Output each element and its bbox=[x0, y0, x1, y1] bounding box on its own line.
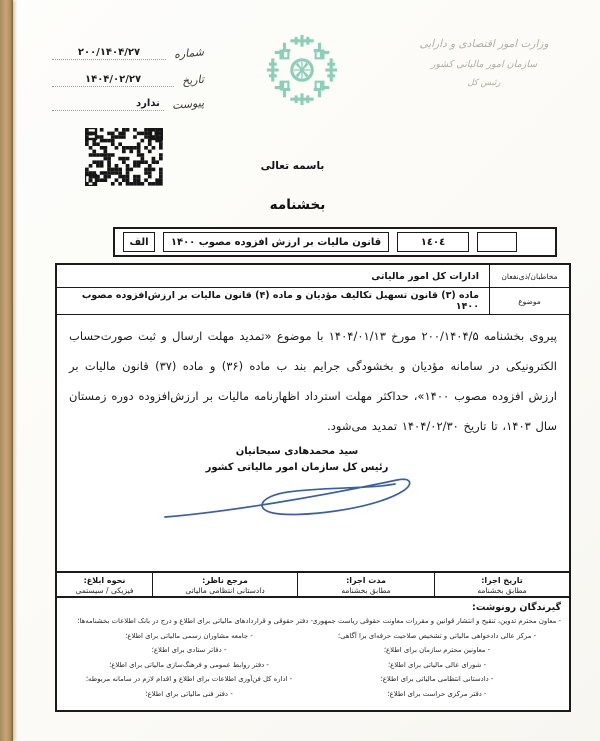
ref-attachment-value: ندارد bbox=[52, 98, 164, 111]
copy-recipients-columns: - معاون محترم تدوین، تنقیح و انتشار قوان… bbox=[65, 614, 561, 701]
qr-code bbox=[85, 128, 163, 186]
recipients-column-left: - دفتر حقوقی و قراردادهای مالیاتی برای ا… bbox=[65, 614, 313, 701]
body-text: پیروی بخشنامه ۲۰۰/۱۴۰۴/۵ مورخ ۱۴۰۴/۰۱/۱۳… bbox=[69, 321, 557, 441]
exec-date-value: مطابق بخشنامه bbox=[477, 586, 526, 596]
ref-number-row: شماره ۲۰۰/۱۴۰۴/۲۷ bbox=[52, 42, 204, 60]
ref-attachment-row: پیوست ندارد bbox=[52, 93, 204, 111]
signer-name: سید محمدهادی سبحانیان bbox=[172, 446, 422, 457]
audience-label: مخاطبان/ذی‌نفعان bbox=[489, 265, 569, 287]
document-type-title: بخشنامه bbox=[235, 197, 360, 213]
ref-attachment-label: پیوست bbox=[163, 96, 204, 112]
recipient-item: - دفتر مرکزی حراست برای اطلاع؛ bbox=[313, 687, 561, 702]
letterhead: وزارت امور اقتصادی و دارایی سازمان امور … bbox=[398, 38, 570, 88]
subject-value: ماده (۳) قانون تسهیل تکالیف مؤدیان و ماد… bbox=[57, 288, 489, 314]
ref-date-label: تاریخ bbox=[174, 73, 205, 89]
supervisor-value: دادستانی انتظامی مالیاتی bbox=[185, 586, 264, 596]
recipient-item: - دفتر روابط عمومی و فرهنگ‌سازی مالیاتی … bbox=[65, 658, 313, 673]
letterhead-ministry: وزارت امور اقتصادی و دارایی bbox=[398, 38, 570, 50]
audience-value: ادارات کل امور مالیاتی bbox=[57, 265, 489, 287]
letterhead-head: رئیس کل bbox=[398, 78, 570, 88]
footer-strip: تاریخ اجرا: مطابق بخشنامه مدت اجرا: مطاب… bbox=[57, 571, 569, 599]
audience-row: مخاطبان/ذی‌نفعان ادارات کل امور مالیاتی bbox=[57, 265, 569, 287]
exec-date-label: تاریخ اجرا: bbox=[481, 576, 523, 586]
recipient-item: - دفتر فنی مالیاتی برای اطلاع؛ bbox=[65, 687, 313, 702]
recipient-item: - شورای عالی مالیاتی برای اطلاع؛ bbox=[313, 658, 561, 673]
copy-recipients-box: گیرندگان رونوشت: - معاون محترم تدوین، تن… bbox=[55, 596, 571, 712]
recipient-item: - جامعه مشاوران رسمی مالیاتی برای اطلاع؛ bbox=[65, 629, 313, 644]
recipient-item: - دفاتر ستادی برای اطلاع؛ bbox=[65, 643, 313, 658]
signature-ink bbox=[157, 467, 442, 527]
ref-date-value: ۱۴۰۴/۰۲/۲۷ bbox=[52, 74, 174, 87]
tax-administration-logo-icon bbox=[263, 33, 341, 107]
recipients-column-right: - معاون محترم تدوین، تنقیح و انتشار قوان… bbox=[313, 614, 561, 701]
classification-bar: ١٤٠٤ قانون مالیات بر ارزش افزوده مصوب ۱۴… bbox=[113, 227, 557, 257]
subject-label: موضوع bbox=[489, 288, 569, 314]
scan-spine-edge bbox=[0, 0, 13, 741]
recipient-item: - اداره کل فن‌آوری اطلاعات برای اطلاع و … bbox=[65, 672, 313, 687]
supervisor-label: مرجع ناظر: bbox=[202, 576, 248, 586]
subject-row: موضوع ماده (۳) قانون تسهیل تکالیف مؤدیان… bbox=[57, 287, 569, 314]
classification-code-box: الف bbox=[123, 232, 155, 252]
classification-empty-box bbox=[477, 232, 517, 252]
notification-method-label: نحوه ابلاغ: bbox=[84, 576, 126, 586]
recipient-item: - معاون محترم تدوین، تنقیح و انتشار قوان… bbox=[313, 614, 561, 629]
letterhead-organization: سازمان امور مالیاتی کشور bbox=[398, 59, 570, 70]
circular-table: مخاطبان/ذی‌نفعان ادارات کل امور مالیاتی … bbox=[55, 263, 571, 601]
recipient-item: - دفتر حقوقی و قراردادهای مالیاتی برای ا… bbox=[65, 614, 313, 629]
classification-year-box: ١٤٠٤ bbox=[397, 232, 469, 252]
recipient-item: - دادستانی انتظامی مالیاتی برای اطلاع؛ bbox=[313, 672, 561, 687]
scanned-circular-page: وزارت امور اقتصادی و دارایی سازمان امور … bbox=[0, 0, 600, 741]
ref-number-value: ۲۰۰/۱۴۰۴/۲۷ bbox=[52, 47, 166, 60]
copy-recipients-heading: گیرندگان رونوشت: bbox=[65, 602, 561, 613]
exec-duration-value: مطابق بخشنامه bbox=[341, 586, 390, 596]
classification-law-title-box: قانون مالیات بر ارزش افزوده مصوب ۱۴۰۰ bbox=[163, 232, 389, 252]
basmala-text: باسمه تعالی bbox=[230, 160, 355, 172]
recipient-item: - معاونین محترم سازمان برای اطلاع؛ bbox=[313, 643, 561, 658]
notification-method-value: فیزیکی / سیستمی bbox=[76, 586, 134, 596]
recipient-item: - مرکز عالی دادخواهی مالیاتی و تشخیص صلا… bbox=[313, 629, 561, 644]
exec-duration-label: مدت اجرا: bbox=[346, 576, 386, 586]
body-cell: پیروی بخشنامه ۲۰۰/۱۴۰۴/۵ مورخ ۱۴۰۴/۰۱/۱۳… bbox=[57, 314, 569, 571]
ref-number-label: شماره bbox=[165, 45, 204, 61]
ref-date-row: تاریخ ۱۴۰۴/۰۲/۲۷ bbox=[52, 69, 204, 87]
